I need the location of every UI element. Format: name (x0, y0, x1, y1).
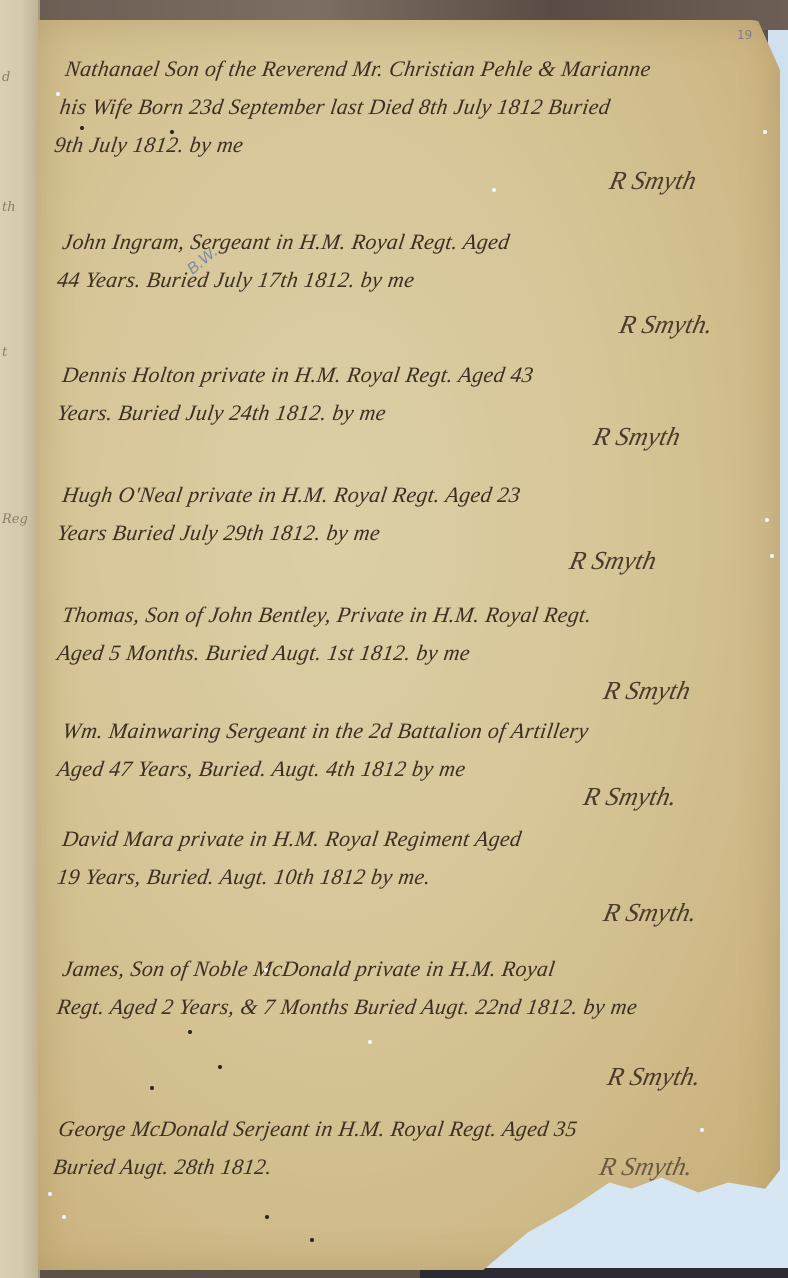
paper-hole (62, 1215, 66, 1219)
entry-line: 19 Years, Buried. Augt. 10th 1812 by me. (55, 858, 770, 896)
ink-speck (150, 1086, 154, 1090)
adjacent-left-page: d th t Reg (0, 0, 40, 1278)
entry-line: George McDonald Serjeant in H.M. Royal R… (56, 1110, 771, 1148)
signature: R Smyth (601, 676, 693, 706)
entry-line: 9th July 1812. by me (52, 126, 767, 164)
ink-speck (80, 126, 84, 130)
burial-entry: Dennis Holton private in H.M. Royal Regt… (55, 356, 776, 432)
signature: R Smyth (607, 166, 699, 196)
page-number: 19 (737, 28, 752, 42)
paper-hole (492, 188, 496, 192)
signature: R Smyth (591, 422, 683, 452)
entry-line: James, Son of Noble McDonald private in … (60, 950, 775, 988)
signature: R Smyth. (617, 310, 716, 340)
burial-entry: John Ingram, Sergeant in H.M. Royal Regt… (55, 223, 776, 299)
signature: R Smyth (567, 546, 659, 576)
burial-entry: Thomas, Son of John Bentley, Private in … (55, 596, 776, 672)
signature: R Smyth. (581, 782, 680, 812)
ink-speck (218, 1065, 222, 1069)
paper-hole (368, 1040, 372, 1044)
burial-entry: Hugh O'Neal private in H.M. Royal Regt. … (55, 476, 776, 552)
entry-line: David Mara private in H.M. Royal Regimen… (60, 820, 775, 858)
burial-entry: James, Son of Noble McDonald private in … (55, 950, 776, 1026)
ink-speck (170, 130, 174, 134)
left-page-fragment: d (2, 70, 10, 85)
entry-line: John Ingram, Sergeant in H.M. Royal Regt… (60, 223, 775, 261)
paper-hole (765, 518, 769, 522)
paper-hole (763, 130, 767, 134)
ink-speck (188, 1030, 192, 1034)
entry-line: his Wife Born 23d September last Died 8t… (57, 88, 772, 126)
paper-hole (770, 554, 774, 558)
paper-hole (264, 968, 268, 972)
paper-hole (56, 92, 60, 96)
entry-line: Hugh O'Neal private in H.M. Royal Regt. … (60, 476, 775, 514)
left-page-fragment: th (2, 200, 16, 215)
burial-entry: Wm. Mainwaring Sergeant in the 2d Battal… (55, 712, 776, 788)
entry-line: Thomas, Son of John Bentley, Private in … (60, 596, 775, 634)
paper-hole (48, 1192, 52, 1196)
signature: R Smyth. (597, 1152, 696, 1182)
left-page-fragment: t (2, 345, 7, 360)
ink-speck (265, 1215, 269, 1219)
burial-entry: David Mara private in H.M. Royal Regimen… (55, 820, 776, 896)
entry-line: Wm. Mainwaring Sergeant in the 2d Battal… (60, 712, 775, 750)
entry-line: Nathanael Son of the Reverend Mr. Christ… (63, 50, 778, 88)
ink-speck (310, 1238, 314, 1242)
entry-line: Years Buried July 29th 1812. by me (55, 514, 770, 552)
entry-line: 44 Years. Buried July 17th 1812. by me (55, 261, 770, 299)
left-page-fragment: Reg (2, 512, 28, 527)
entry-line: Regt. Aged 2 Years, & 7 Months Buried Au… (55, 988, 770, 1026)
entry-line: Aged 5 Months. Buried Augt. 1st 1812. by… (55, 634, 770, 672)
entry-line: Dennis Holton private in H.M. Royal Regt… (60, 356, 775, 394)
signature: R Smyth. (605, 1062, 704, 1092)
signature: R Smyth. (601, 898, 700, 928)
paper-hole (700, 1128, 704, 1132)
burial-entry: Nathanael Son of the Reverend Mr. Christ… (52, 50, 778, 164)
